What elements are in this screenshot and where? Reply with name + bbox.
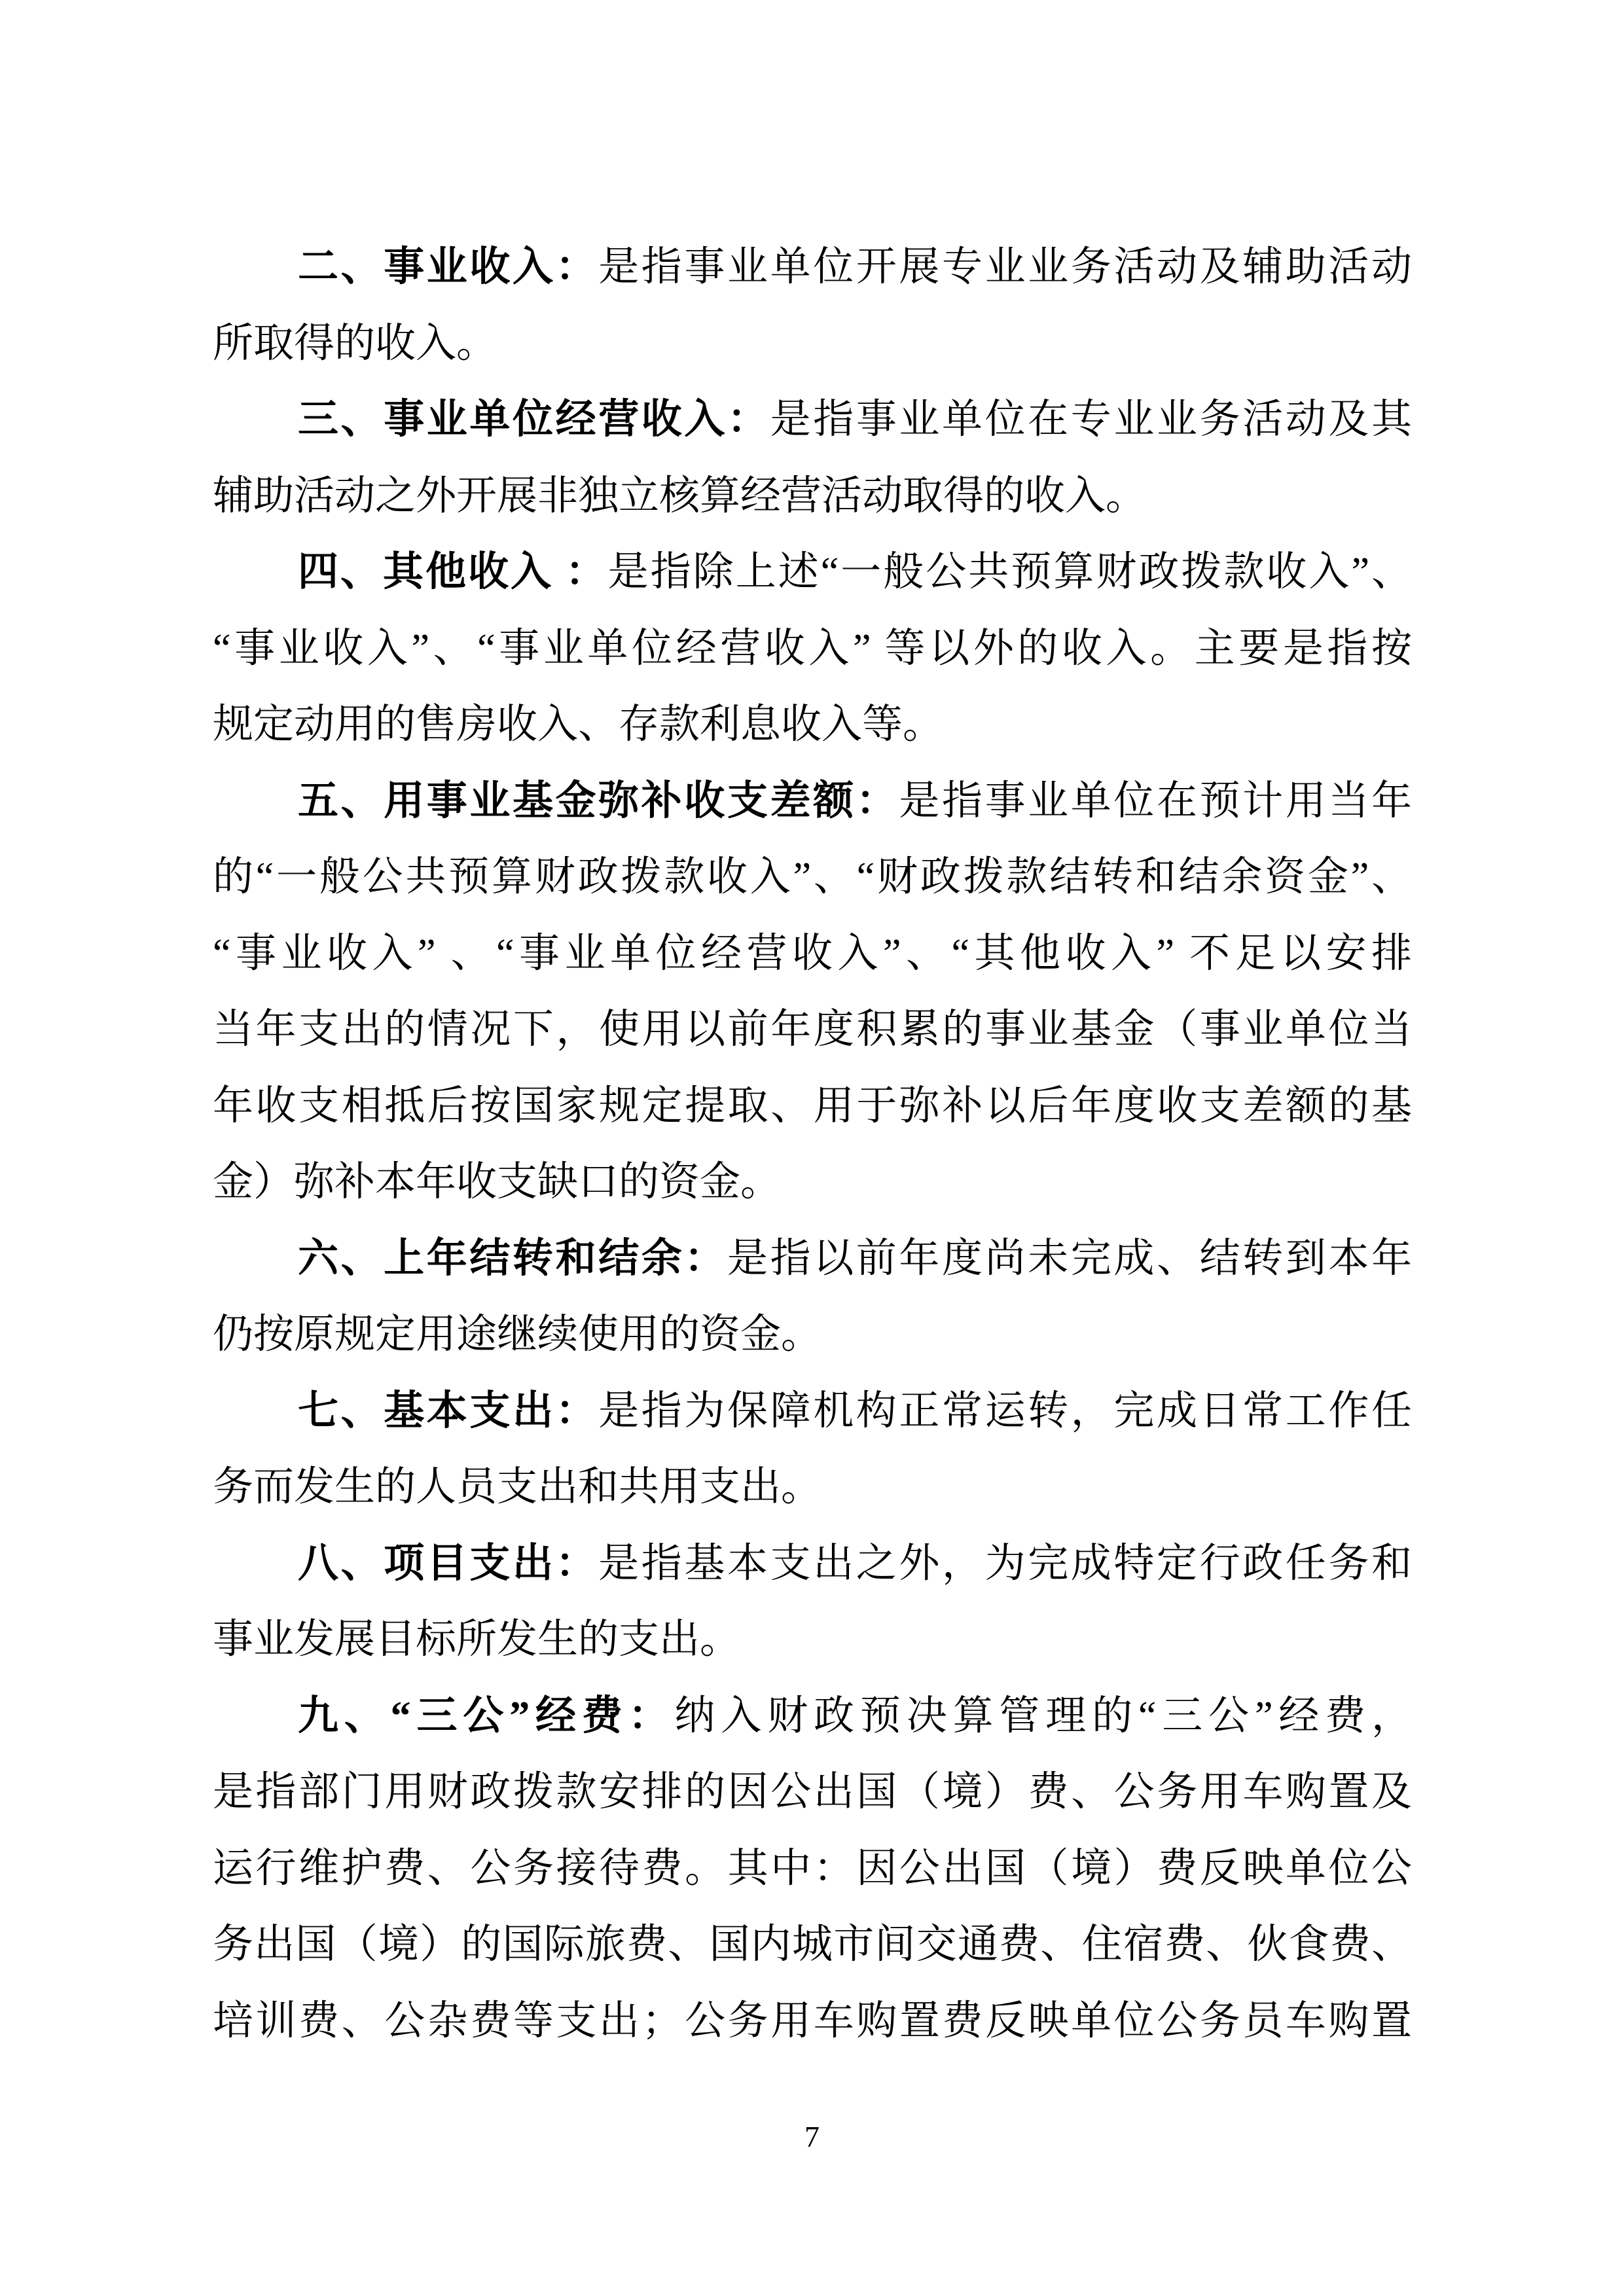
line-text: “事业收入”、“事业单位经营收入” 等以外的收入。主要是指按 [213, 626, 1412, 671]
text-line: 四、其他收入 ：是指除上述“一般公共预算财政拨款收入”、 [213, 534, 1412, 611]
line-text: 仍按原规定用途继续使用的资金。 [213, 1312, 821, 1357]
document-page: 二、事业收入：是指事业单位开展专业业务活动及辅助活动 所取得的收入。 三、事业单… [0, 0, 1624, 2296]
text-line: 所取得的收入。 [213, 306, 1412, 382]
text-line: “事业收入”、“事业单位经营收入” 等以外的收入。主要是指按 [213, 611, 1412, 687]
term-heading: 二、事业收入： [298, 245, 598, 289]
text-line: 培训费、公杂费等支出；公务用车购置费反映单位公务员车购置 [213, 1983, 1412, 2060]
line-text: 辅助活动之外开展非独立核算经营活动取得的收入。 [213, 474, 1146, 518]
text-line: 是指部门用财政拨款安排的因公出国（境）费、公务用车购置及 [213, 1754, 1412, 1831]
term-heading: 四、其他收入 ： [298, 550, 608, 594]
term-heading: 八、项目支出： [298, 1541, 598, 1586]
line-text: “事业收入” 、“事业单位经营收入”、“其他收入” 不足以安排 [213, 931, 1412, 976]
line-text: 培训费、公杂费等支出；公务用车购置费反映单位公务员车购置 [213, 1999, 1412, 2043]
line-text: 是指事业单位开展专业业务活动及辅助活动 [598, 245, 1412, 289]
text-line: 五、用事业基金弥补收支差额：是指事业单位在预计用当年 [213, 763, 1412, 840]
term-heading: 五、用事业基金弥补收支差额： [298, 779, 899, 823]
line-text: 年收支相抵后按国家规定提取、用于弥补以后年度收支差额的基 [213, 1084, 1412, 1128]
term-heading: 三、事业单位经营收入： [298, 397, 770, 442]
line-text: 是指以前年度尚未完成、结转到本年 [727, 1236, 1412, 1281]
text-line: 八、项目支出：是指基本支出之外，为完成特定行政任务和 [213, 1526, 1412, 1602]
line-text: 是指为保障机构正常运转，完成日常工作任 [598, 1389, 1412, 1433]
term-heading: 六、上年结转和结余： [298, 1236, 727, 1281]
line-text: 是指事业单位在专业业务活动及其 [770, 397, 1412, 442]
line-text: 是指事业单位在预计用当年 [899, 779, 1412, 823]
text-line: 三、事业单位经营收入：是指事业单位在专业业务活动及其 [213, 382, 1412, 458]
text-line: 金）弥补本年收支缺口的资金。 [213, 1144, 1412, 1221]
line-text: 运行维护费、公务接待费。其中：因公出国（境）费反映单位公 [213, 1846, 1412, 1891]
text-line: 七、基本支出：是指为保障机构正常运转，完成日常工作任 [213, 1373, 1412, 1450]
text-line: 规定动用的售房收入、存款利息收入等。 [213, 687, 1412, 763]
line-text: 规定动用的售房收入、存款利息收入等。 [213, 702, 943, 747]
text-line: 事业发展目标所发生的支出。 [213, 1602, 1412, 1678]
line-text: 是指基本支出之外，为完成特定行政任务和 [598, 1541, 1412, 1586]
line-text: 金）弥补本年收支缺口的资金。 [213, 1160, 781, 1204]
line-text: 务出国（境）的国际旅费、国内城市间交通费、住宿费、伙食费、 [213, 1922, 1412, 1967]
line-text: 是指部门用财政拨款安排的因公出国（境）费、公务用车购置及 [213, 1770, 1412, 1814]
text-line: 年收支相抵后按国家规定提取、用于弥补以后年度收支差额的基 [213, 1068, 1412, 1145]
text-line: 运行维护费、公务接待费。其中：因公出国（境）费反映单位公 [213, 1831, 1412, 1907]
line-text: 当年支出的情况下，使用以前年度积累的事业基金（事业单位当 [213, 1007, 1412, 1052]
text-line: 当年支出的情况下，使用以前年度积累的事业基金（事业单位当 [213, 992, 1412, 1068]
text-line: 务而发生的人员支出和共用支出。 [213, 1449, 1412, 1526]
text-line: 九、“三公”经费：纳入财政预决算管理的“三公”经费， [213, 1678, 1412, 1755]
text-line: 务出国（境）的国际旅费、国内城市间交通费、住宿费、伙食费、 [213, 1907, 1412, 1983]
line-text: 纳入财政预决算管理的“三公”经费， [675, 1694, 1412, 1738]
line-text: 事业发展目标所发生的支出。 [213, 1617, 740, 1662]
term-heading: 七、基本支出： [298, 1389, 598, 1433]
document-body: 二、事业收入：是指事业单位开展专业业务活动及辅助活动 所取得的收入。 三、事业单… [213, 229, 1412, 2059]
text-line: 辅助活动之外开展非独立核算经营活动取得的收入。 [213, 458, 1412, 535]
text-line: 六、上年结转和结余：是指以前年度尚未完成、结转到本年 [213, 1221, 1412, 1297]
text-line: 二、事业收入：是指事业单位开展专业业务活动及辅助活动 [213, 229, 1412, 306]
text-line: “事业收入” 、“事业单位经营收入”、“其他收入” 不足以安排 [213, 916, 1412, 992]
text-line: 的“一般公共预算财政拨款收入”、“财政拨款结转和结余资金”、 [213, 839, 1412, 916]
text-line: 仍按原规定用途继续使用的资金。 [213, 1297, 1412, 1373]
line-text: 所取得的收入。 [213, 321, 497, 366]
line-text: 是指除上述“一般公共预算财政拨款收入”、 [608, 550, 1412, 594]
term-heading: 九、“三公”经费： [298, 1694, 675, 1738]
line-text: 务而发生的人员支出和共用支出。 [213, 1465, 821, 1509]
line-text: 的“一般公共预算财政拨款收入”、“财政拨款结转和结余资金”、 [213, 855, 1412, 899]
page-number: 7 [0, 2119, 1624, 2154]
